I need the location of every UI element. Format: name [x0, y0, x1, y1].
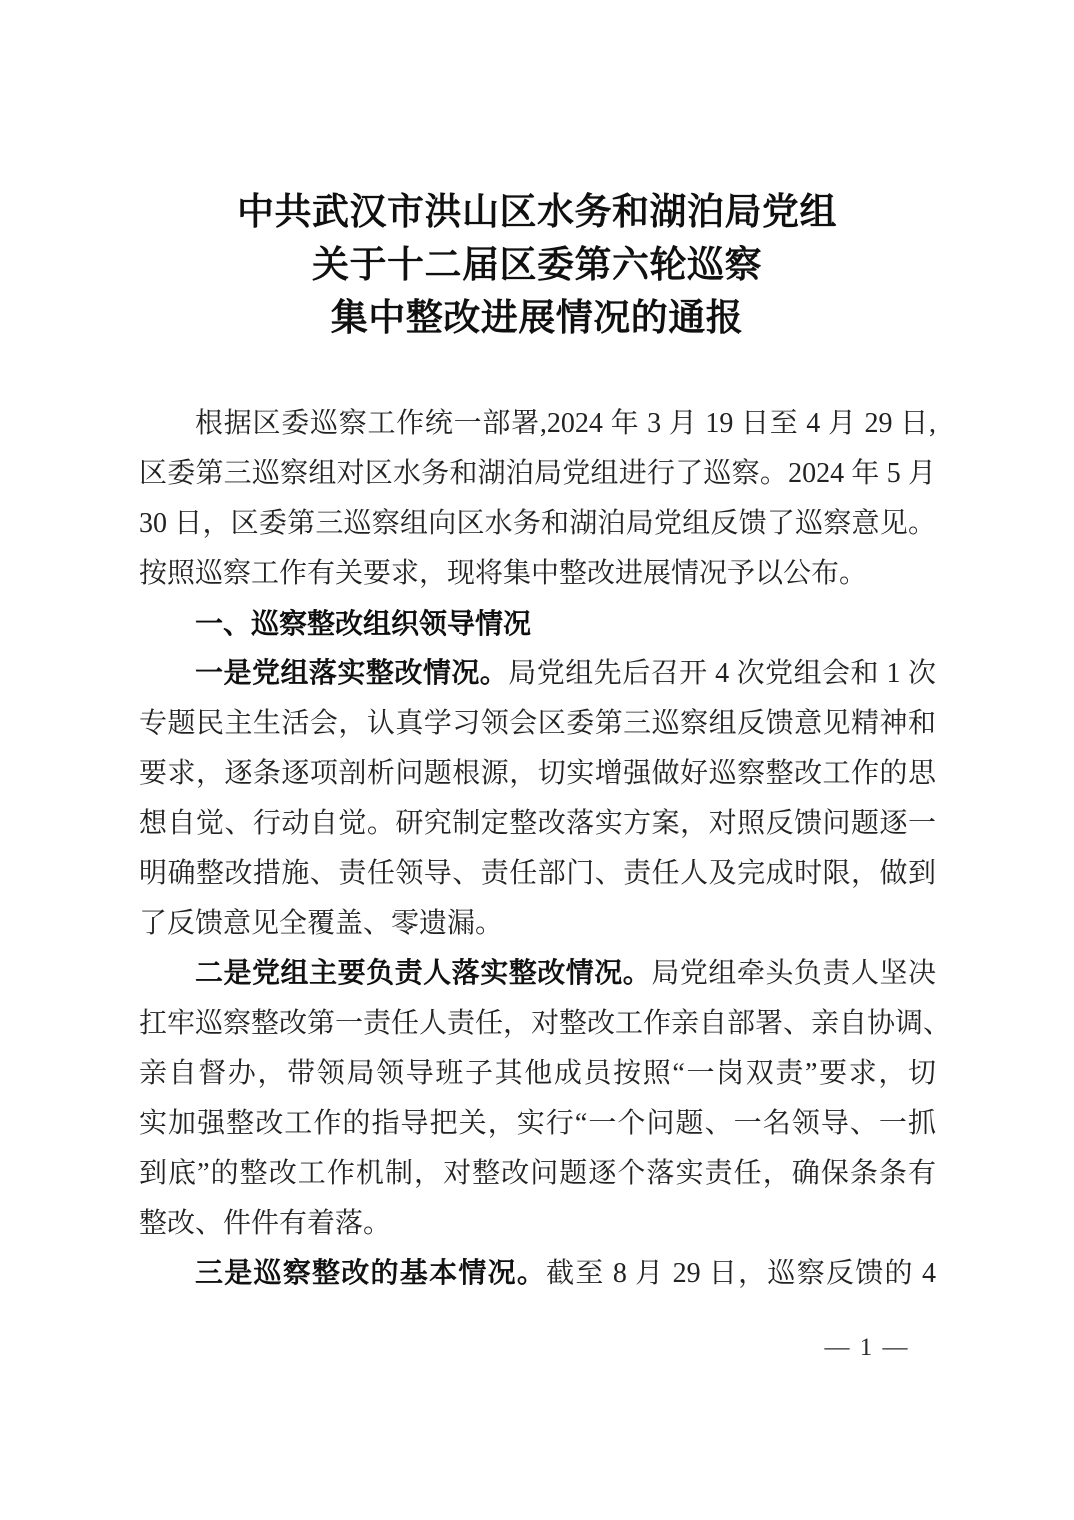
text-line: 按照巡察工作有关要求，现将集中整改进展情况予以公布。 — [139, 549, 936, 599]
text-line: 到底”的整改工作机制，对整改问题逐个落实责任，确保条条有 — [139, 1149, 936, 1199]
text-line: 三是巡察整改的基本情况。截至 8 月 29 日，巡察反馈的 4 — [139, 1249, 936, 1299]
text-segment: 按照巡察工作有关要求，现将集中整改进展情况予以公布。 — [139, 558, 867, 589]
text-line: 区委第三巡察组对区水务和湖泊局党组进行了巡察。2024 年 5 月 — [139, 449, 936, 499]
text-line: 扛牢巡察整改第一责任人责任，对整改工作亲自部署、亲自协调、 — [139, 999, 936, 1049]
text-segment: 30 日，区委第三巡察组向区水务和湖泊局党组反馈了巡察意见。 — [139, 508, 936, 539]
text-segment: 亲自督办，带领局领导班子其他成员按照“一岗双责”要求，切 — [139, 1058, 936, 1089]
text-segment: 局党组先后召开 4 次党组会和 1 次 — [508, 658, 936, 689]
lead-emphasis: 三是巡察整改的基本情况。 — [195, 1258, 546, 1289]
text-segment: 扛牢巡察整改第一责任人责任，对整改工作亲自部署、亲自协调、 — [139, 1008, 936, 1039]
lead-emphasis: 二是党组主要负责人落实整改情况。 — [195, 958, 651, 989]
document-title-line-2: 关于十二届区委第六轮巡察 — [0, 239, 1074, 292]
text-segment: 到底”的整改工作机制，对整改问题逐个落实责任，确保条条有 — [139, 1158, 936, 1189]
text-segment: 整改、件件有着落。 — [139, 1208, 391, 1239]
text-line: 整改、件件有着落。 — [139, 1199, 936, 1249]
text-segment: 专题民主生活会，认真学习领会区委第三巡察组反馈意见精神和 — [139, 708, 936, 739]
text-line: 一是党组落实整改情况。局党组先后召开 4 次党组会和 1 次 — [139, 649, 936, 699]
document-title: 中共武汉市洪山区水务和湖泊局党组 关于十二届区委第六轮巡察 集中整改进展情况的通… — [0, 186, 1074, 345]
document-page: 中共武汉市洪山区水务和湖泊局党组 关于十二届区委第六轮巡察 集中整改进展情况的通… — [0, 0, 1074, 1520]
page-number: — 1 — — [812, 1334, 922, 1362]
text-segment: 要求，逐条逐项剖析问题根源，切实增强做好巡察整改工作的思 — [139, 758, 936, 789]
text-segment: 局党组牵头负责人坚决 — [651, 958, 936, 989]
section-heading: 一、巡察整改组织领导情况 — [139, 599, 936, 649]
document-title-line-1: 中共武汉市洪山区水务和湖泊局党组 — [0, 186, 1074, 239]
text-line: 二是党组主要负责人落实整改情况。局党组牵头负责人坚决 — [139, 949, 936, 999]
lead-emphasis: 一、巡察整改组织领导情况 — [195, 608, 531, 639]
text-segment: 区委第三巡察组对区水务和湖泊局党组进行了巡察。2024 年 5 月 — [139, 458, 936, 489]
text-segment: 想自觉、行动自觉。研究制定整改落实方案，对照反馈问题逐一 — [139, 808, 936, 839]
lead-emphasis: 一是党组落实整改情况。 — [195, 658, 508, 689]
text-line: 30 日，区委第三巡察组向区水务和湖泊局党组反馈了巡察意见。 — [139, 499, 936, 549]
text-segment: 截至 8 月 29 日，巡察反馈的 4 — [546, 1258, 936, 1289]
text-line: 想自觉、行动自觉。研究制定整改落实方案，对照反馈问题逐一 — [139, 799, 936, 849]
document-body: 根据区委巡察工作统一部署,2024 年 3 月 19 日至 4 月 29 日,区… — [139, 399, 936, 1299]
document-title-line-3: 集中整改进展情况的通报 — [0, 292, 1074, 345]
text-line: 实加强整改工作的指导把关，实行“一个问题、一名领导、一抓 — [139, 1099, 936, 1149]
text-line: 了反馈意见全覆盖、零遗漏。 — [139, 899, 936, 949]
text-segment: 根据区委巡察工作统一部署,2024 年 3 月 19 日至 4 月 29 日, — [195, 408, 936, 439]
text-line: 明确整改措施、责任领导、责任部门、责任人及完成时限，做到 — [139, 849, 936, 899]
text-line: 专题民主生活会，认真学习领会区委第三巡察组反馈意见精神和 — [139, 699, 936, 749]
text-segment: 了反馈意见全覆盖、零遗漏。 — [139, 908, 503, 939]
text-line: 根据区委巡察工作统一部署,2024 年 3 月 19 日至 4 月 29 日, — [139, 399, 936, 449]
text-line: 亲自督办，带领局领导班子其他成员按照“一岗双责”要求，切 — [139, 1049, 936, 1099]
text-segment: 实加强整改工作的指导把关，实行“一个问题、一名领导、一抓 — [139, 1108, 936, 1139]
text-segment: 明确整改措施、责任领导、责任部门、责任人及完成时限，做到 — [139, 858, 936, 889]
text-line: 要求，逐条逐项剖析问题根源，切实增强做好巡察整改工作的思 — [139, 749, 936, 799]
